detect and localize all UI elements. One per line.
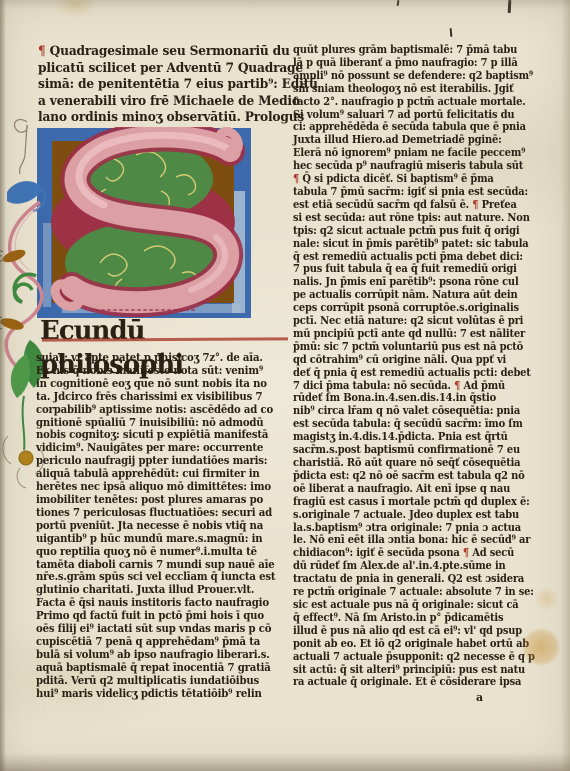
- text-line: si est secūda: aut rōne tpis: aut nature…: [293, 212, 536, 225]
- left-column: suiaʒ: vt apte patet p phisicoʒ 7z°. de …: [36, 352, 294, 700]
- illuminated-initial: [36, 127, 252, 319]
- text-line: sm̄ sniam theologoʒ nō est iterabilis. J…: [293, 83, 536, 96]
- text-line: suiaʒ: vt apte patet p phisicoʒ 7z°. de …: [36, 352, 294, 365]
- text-line: facto 2°. naufragio p pctm̄ actuale mort…: [293, 96, 536, 109]
- text-line: Ex his q̄ nobis manifeste nota sūt: veni…: [36, 365, 294, 378]
- text-line: tiones 7 periculosas fluctuatiōes: secur…: [36, 507, 294, 520]
- text-line: simā: de penitentētia 7 eius partib⁹: Ed…: [38, 77, 294, 94]
- text-line: mū pncipiū pctī ante qd nullū: 7 est nāl…: [293, 328, 536, 341]
- edge-ink-mark: [450, 28, 453, 37]
- edge-ink-mark: [397, 0, 400, 6]
- text-line: ¶ Quadragesimale seu Sermonariū du: [38, 44, 294, 61]
- text-line: plicatū scilicet per Adventū 7 Quadrage: [38, 61, 294, 78]
- text-line: nale: sicut in p̄mis parētib⁹ patet: sic…: [293, 238, 536, 251]
- corner-stain: [54, 0, 96, 18]
- text-line: quo reptilia quoʒ nō ē numer⁹.i.multa tē: [36, 546, 294, 559]
- text-line: lā p quā liberanť a p̄mo naufragio: 7 p …: [293, 57, 536, 70]
- header-paragraph: ¶ Quadragesimale seu Sermonariū duplicat…: [38, 44, 294, 127]
- text-line: lano ordinis minoʒ observātiū. Prologus: [38, 110, 294, 127]
- text-line: portū pveniūt. Jta necesse ē nobis vtiq̄…: [36, 520, 294, 533]
- text-line: pditā. Verū q2 multiplicatis iundatiōibu…: [36, 675, 294, 688]
- text-line: s.originale 7 actuale. Jdeo duplex est t…: [293, 509, 536, 522]
- text-line: oēs filij ei⁹ iactati sūt sup vndas mari…: [36, 623, 294, 636]
- ink-stain: [522, 628, 560, 666]
- text-line: pctī. Nec etiā nature: q2 sicut volūtas …: [293, 315, 536, 328]
- text-line: imobiliter tenētes: post plures amaras p…: [36, 494, 294, 507]
- text-line: actuali 7 actuale p̄supponit: q2 necesse…: [293, 651, 536, 664]
- text-line: tabula 7 p̄mū sacr̄m: igiť si pnia est s…: [293, 186, 536, 199]
- text-line: p̄dicta est: q2 nō oē sacr̄m est tabula …: [293, 470, 536, 483]
- text-line: hui⁹ maris videlicʒ pdictis tētatiōib⁹ r…: [36, 688, 294, 701]
- incunable-page: ¶ Quadragesimale seu Sermonariū duplicat…: [0, 0, 570, 771]
- text-line: in cognitionē eoʒ que nō sunt nobis ita …: [36, 378, 294, 391]
- text-line: deť q̄ pnia q̄ est remediū actualis pcti…: [293, 367, 536, 380]
- text-line: corpabilib⁹ aptissime notis: ascēdēdo ad…: [36, 404, 294, 417]
- text-line: p̄mū: sic 7 pctm̄ voluntariū pus est nā …: [293, 341, 536, 354]
- text-line: uigantib⁹ p hūc mundū mare.s.magnū: in: [36, 533, 294, 546]
- text-line: aquā baptismalē q̄ repat īnocentiā 7 gra…: [36, 662, 294, 675]
- text-line: ra actuale q̄ originale. Et ē cōsiderare…: [293, 676, 536, 689]
- text-line: q̄ effect⁹. Nā ſm Aristo.in p° p̄dicamēt…: [293, 612, 536, 625]
- pen-mark: [14, 120, 27, 174]
- text-line: qd cōtrahim⁹ cū origine nāli. Qua ppť vi: [293, 354, 536, 367]
- text-line: est etiā secūdū sacr̄m qd falsū ē. ¶ Pre…: [293, 199, 536, 212]
- text-line: a venerabili viro frē Michaele de Medio: [38, 94, 294, 111]
- text-line: illud ē pus nā alio qd est cā ei⁹: vl' q…: [293, 625, 536, 638]
- text-line: bulā si volum⁹ ab ipso naufragio liberar…: [36, 649, 294, 662]
- text-line: tpis: q2 sicut actuale pctm̄ pus fuit q̄…: [293, 225, 536, 238]
- edge-ink-mark: [508, 0, 512, 13]
- text-line: oē liberat a naufragio. Ait enī ipse q n…: [293, 483, 536, 496]
- text-line: cupiscētiā 7 penā q apprehēdam⁹ p̄mā ta: [36, 636, 294, 649]
- right-column: quūt plures grām baptismalē: 7 p̄mā tabu…: [293, 44, 536, 689]
- text-line: ampli⁹ nō possunt se defendere: q2 bapti…: [293, 70, 536, 83]
- text-line: ponit ab eo. Et iō q2 originale habet or…: [293, 638, 536, 651]
- text-line: ta. Jdcirco frēs charissimi ex visibilib…: [36, 391, 294, 404]
- text-line: quūt plures grām baptismalē: 7 p̄mā tabu: [293, 44, 536, 57]
- text-line: sic est actuale pus nā q̄ originale: sic…: [293, 599, 536, 612]
- text-line: charistiā. Rō aūt quare nō seq̄ť cōsequē…: [293, 457, 536, 470]
- ink-stain-faint: [534, 586, 559, 611]
- rubric-rule: [42, 337, 288, 341]
- signature-mark: a: [476, 691, 483, 704]
- text-line: fragiū est casus ī mortale pctm̄ qd dupl…: [293, 496, 536, 509]
